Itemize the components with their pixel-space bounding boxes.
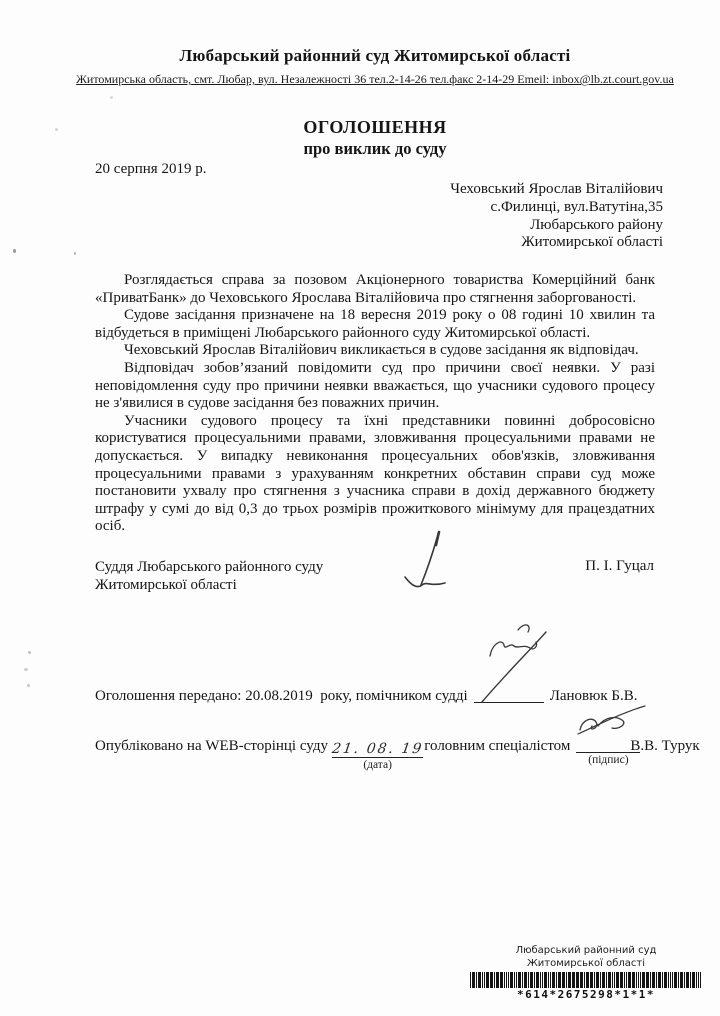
addressee-district: Любарського району xyxy=(450,217,663,235)
handover-text: Оголошення передано: 20.08.2019 року, по… xyxy=(95,688,468,704)
date-field-label: (дата) xyxy=(363,759,392,771)
scanned-court-document: Любарський районний суд Житомирської обл… xyxy=(0,0,720,1016)
paragraph-hearing: Судове засідання призначене на 18 вересн… xyxy=(95,307,655,342)
addressee-block: Чеховський Ярослав Віталійович с.Филинці… xyxy=(450,181,663,252)
publish-line: Опубліковано на WEB-сторінці суду21. 08.… xyxy=(95,738,705,758)
judge-title-line1: Суддя Любарського районного суду xyxy=(95,558,323,576)
specialist-signature-blank: (підпис) xyxy=(576,738,640,753)
addressee-street: с.Филинці, вул.Ватутіна,35 xyxy=(450,199,663,217)
judge-signature-icon xyxy=(403,530,467,596)
addressee-region: Житомирської області xyxy=(450,234,663,252)
scan-artifact xyxy=(74,252,76,255)
stamp-court-region: Житомирської області xyxy=(455,958,717,971)
assistant-signature-icon xyxy=(474,644,554,704)
specialist-signature-icon xyxy=(576,720,646,754)
publish-middle-text: головним спеціалістом xyxy=(424,738,570,754)
barcode xyxy=(470,972,702,988)
document-subtitle: про виклик до суду xyxy=(95,139,655,159)
paragraph-penalty: Учасники судового процесу та їхні предст… xyxy=(95,413,655,536)
scan-artifact xyxy=(55,128,58,131)
paragraph-obligation: Відповідач зобов’язаний повідомити суд п… xyxy=(95,360,655,413)
publish-date-blank: 21. 08. 19(дата) xyxy=(332,741,423,758)
judge-name: П. І. Гуцал xyxy=(585,558,654,575)
handover-line: Оголошення передано: 20.08.2019 року, по… xyxy=(95,687,695,705)
scan-artifact xyxy=(540,436,542,438)
publish-text: Опубліковано на WEB-сторінці суду xyxy=(95,738,328,754)
scan-artifact xyxy=(13,249,16,253)
court-contact-line: Житомирська область, смт. Любар, вул. Не… xyxy=(60,72,690,87)
judge-title-block: Суддя Любарського районного суду Житомир… xyxy=(95,558,323,594)
assistant-name: Лановюк Б.В. xyxy=(550,688,638,704)
signature-field-label: (підпис) xyxy=(588,754,628,766)
document-date: 20 серпня 2019 р. xyxy=(95,161,206,178)
scan-artifact xyxy=(27,684,30,687)
paragraph-summons: Чеховський Ярослав Віталійович викликаєт… xyxy=(95,342,655,360)
court-barcode-stamp: Любарський районний суд Житомирської обл… xyxy=(455,945,717,1002)
document-title: ОГОЛОШЕННЯ xyxy=(95,117,655,138)
judge-title-line2: Житомирської області xyxy=(95,576,323,594)
scan-artifact xyxy=(28,651,31,654)
stamp-court-name: Любарський районний суд xyxy=(455,945,717,958)
court-name-heading: Любарський районний суд Житомирської обл… xyxy=(95,46,655,66)
body-text: Розглядається справа за позовом Акціонер… xyxy=(95,272,655,536)
barcode-number: *614*2675298*1*1* xyxy=(455,989,717,1002)
handwritten-date: 21. 08. 19 xyxy=(331,741,424,757)
paragraph-case: Розглядається справа за позовом Акціонер… xyxy=(95,272,655,307)
scan-artifact xyxy=(110,96,113,99)
addressee-name: Чеховський Ярослав Віталійович xyxy=(450,181,663,199)
assistant-signature-blank xyxy=(474,687,544,703)
scan-artifact xyxy=(24,668,28,671)
